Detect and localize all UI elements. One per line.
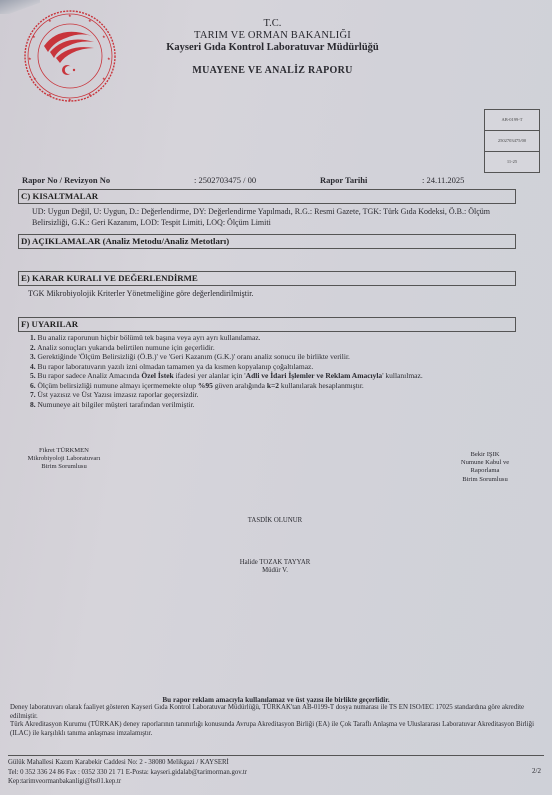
signer-role: Birim Sorumlusu [440, 476, 530, 484]
signer-unit-cont: Raporlama [440, 467, 530, 475]
warning-item: 5. Bu rapor sadece Analiz Amacında Özel … [30, 371, 510, 381]
signature-right: Bekir IŞIK Numune Kabul ve Raporlama Bir… [440, 451, 530, 484]
report-code: 2502703475/00 [485, 131, 539, 152]
ministry-name: TARIM VE ORMAN BAKANLIĞI [140, 30, 405, 42]
svg-text:★: ★ [107, 56, 111, 61]
warning-item: 3. Gerektiğinde 'Ölçüm Belirsizliği (Ö.B… [30, 352, 510, 362]
svg-text:★: ★ [102, 76, 106, 81]
recognition-statement: Türk Akreditasyon Kurumu (TÜRKAK) deney … [10, 721, 542, 738]
accreditation-statement: Deney laboratuvarı olarak faaliyet göste… [10, 704, 542, 721]
page-number: 2/2 [532, 767, 541, 775]
svg-text:★: ★ [88, 18, 92, 23]
accreditation-code: AB-0199-T [485, 110, 539, 131]
svg-text:★: ★ [48, 92, 52, 97]
warning-item: 6. Ölçüm belirsizliği numune almayı içer… [30, 381, 510, 391]
section-e-header: E) KARAR KURALI VE DEĞERLENDİRME [18, 271, 516, 286]
signer-name: Bekir IŞIK [440, 451, 530, 459]
accreditation-code-box: AB-0199-T 2502703475/00 11-25 [484, 109, 540, 173]
period-code: 11-25 [485, 152, 539, 172]
document-header: T.C. TARIM VE ORMAN BAKANLIĞI Kayseri Gı… [140, 18, 405, 76]
svg-text:★: ★ [48, 18, 52, 23]
footer-divider [8, 755, 544, 756]
section-c-body: UD: Uygun Değil, U: Uygun, D.: Değerlend… [32, 207, 520, 228]
manager-name: Halide TOZAK TAYYAR [150, 559, 400, 567]
svg-text:★: ★ [88, 92, 92, 97]
report-title: MUAYENE VE ANALİZ RAPORU [140, 65, 405, 76]
report-no-label: Rapor No / Revizyon No [22, 175, 110, 185]
manager-title: Müdür V. [150, 567, 400, 575]
lab-name: Kayseri Gıda Kontrol Laboratuvar Müdürlü… [140, 42, 405, 54]
contact-info: Tel: 0 352 336 24 86 Fax : 0352 330 21 7… [8, 768, 508, 778]
section-d-header: D) AÇIKLAMALAR (Analiz Metodu/Analiz Met… [18, 234, 516, 249]
warnings-list: 1. Bu analiz raporunun hiçbir bölümü tek… [30, 333, 510, 409]
footer-address: Gülük Mahallesi Kazım Karabekir Caddesi … [8, 758, 508, 787]
warning-item: 1. Bu analiz raporunun hiçbir bölümü tek… [30, 333, 510, 343]
report-date-label: Rapor Tarihi [320, 175, 367, 185]
warning-item: 4. Bu rapor laboratuvarın yazılı izni ol… [30, 362, 510, 372]
svg-text:★: ★ [28, 56, 32, 61]
footer-notice: Bu rapor reklam amacıyla kullanılamaz ve… [10, 696, 542, 738]
ministry-seal-icon: ★★★ ★★★ ★★★ ★★★ [20, 8, 120, 104]
signer-unit: Mikrobiyoloji Laboratuvarı [14, 455, 114, 463]
section-e-body: TGK Mikrobiyolojik Kriterler Yönetmeliği… [28, 289, 516, 300]
postal-address: Gülük Mahallesi Kazım Karabekir Caddesi … [8, 758, 508, 768]
signature-left: Fikret TÜRKMEN Mikrobiyoloji Laboratuvar… [14, 447, 114, 472]
manager-signature: Halide TOZAK TAYYAR Müdür V. [150, 559, 400, 575]
signer-role: Birim Sorumlusu [14, 463, 114, 471]
report-date-value: : 24.11.2025 [422, 175, 464, 185]
warning-item: 7. Üst yazısız ve Üst Yazısı imzasız rap… [30, 390, 510, 400]
tc-heading: T.C. [140, 18, 405, 30]
svg-text:★: ★ [33, 76, 37, 81]
svg-text:★: ★ [102, 34, 106, 39]
usage-notice: Bu rapor reklam amacıyla kullanılamaz ve… [10, 696, 542, 704]
signer-unit: Numune Kabul ve [440, 459, 530, 467]
section-f-header: F) UYARILAR [18, 317, 516, 332]
report-no-value: : 2502703475 / 00 [194, 175, 256, 185]
svg-text:★: ★ [32, 34, 36, 39]
svg-text:★: ★ [68, 13, 72, 18]
approval-text: TASDİK OLUNUR [150, 517, 400, 524]
kep-address: Kep:tarimveormanbakanligi@hs01.kep.tr [8, 777, 508, 787]
section-c-header: C) KISALTMALAR [18, 189, 516, 204]
svg-text:★: ★ [68, 97, 72, 102]
warning-item: 2. Analiz sonuçları yukarıda belirtilen … [30, 343, 510, 353]
warning-item: 8. Numuneye ait bilgiler müşteri tarafın… [30, 400, 510, 410]
signer-name: Fikret TÜRKMEN [14, 447, 114, 455]
